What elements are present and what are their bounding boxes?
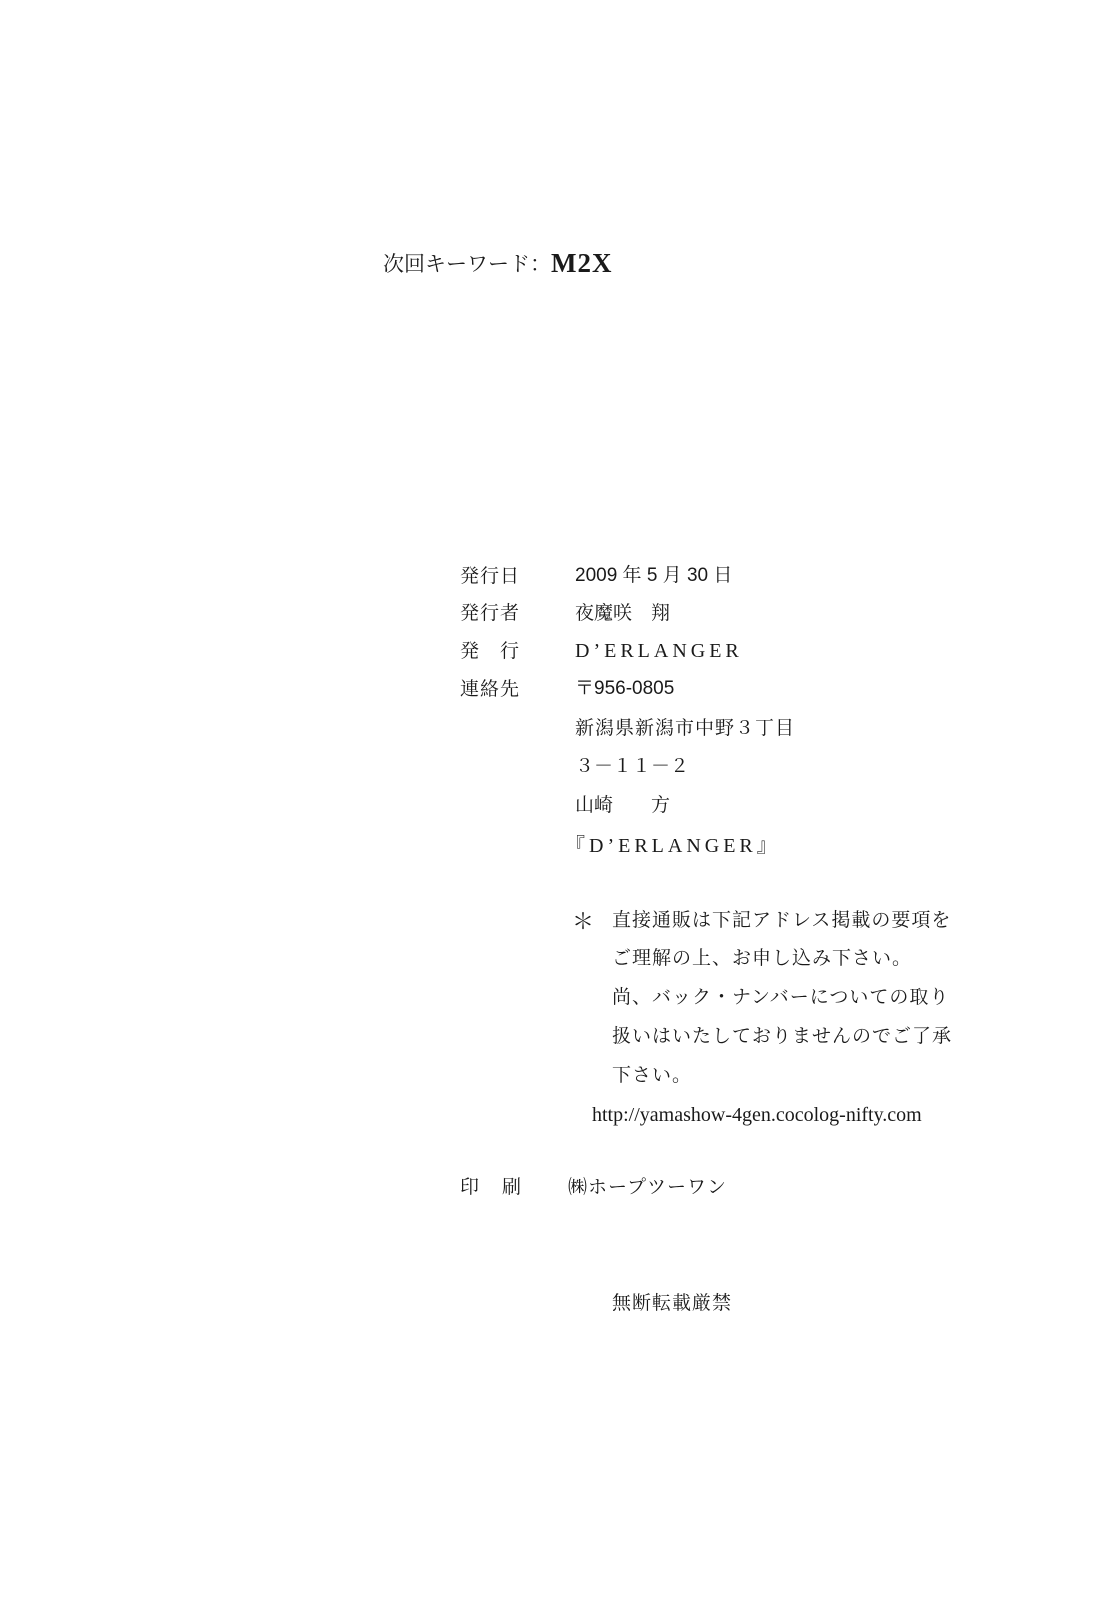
asterisk-icon: ＊ [572, 905, 594, 936]
colophon-label-publisher: 発行者 [460, 600, 520, 626]
next-keyword: 次回キーワード：M2X [383, 248, 612, 279]
note-line: 下さい。 [612, 1062, 692, 1088]
printing-label: 印 刷 [460, 1174, 523, 1200]
note-line: 直接通販は下記アドレス掲載の要項を [612, 907, 951, 933]
note-line: ご理解の上、お申し込み下さい。 [612, 945, 912, 971]
colophon-value-postal-code: 〒956-0805 [575, 676, 674, 702]
next-keyword-label: 次回キーワード： [383, 252, 551, 276]
colophon-value-issuer: D’ERLANGER [575, 638, 743, 664]
colophon-value-publisher: 夜魔咲 翔 [575, 600, 670, 626]
printing-company: ㈱ホープツーワン [568, 1174, 727, 1200]
address-line: 新潟県新潟市中野３丁目 [575, 715, 795, 741]
address-line: ３－１１－２ [575, 753, 689, 779]
website-url: http://yamashow-4gen.cocolog-nifty.com [592, 1102, 922, 1128]
colophon-label-contact: 連絡先 [460, 676, 520, 702]
next-keyword-value: M2X [551, 248, 612, 278]
note-line: 尚、バック・ナンバーについての取り [612, 984, 949, 1010]
address-line: 山崎 方 [575, 792, 670, 818]
note-line: 扱いはいたしておりませんのでご了承 [612, 1023, 952, 1049]
no-reproduction-notice: 無断転載厳禁 [612, 1290, 732, 1316]
colophon-label-issuer: 発 行 [460, 638, 520, 664]
address-line: 『D’ERLANGER』 [565, 833, 781, 859]
colophon-label-issue-date: 発行日 [460, 563, 520, 589]
colophon-value-issue-date: 2009 年 5 月 30 日 [575, 563, 732, 589]
